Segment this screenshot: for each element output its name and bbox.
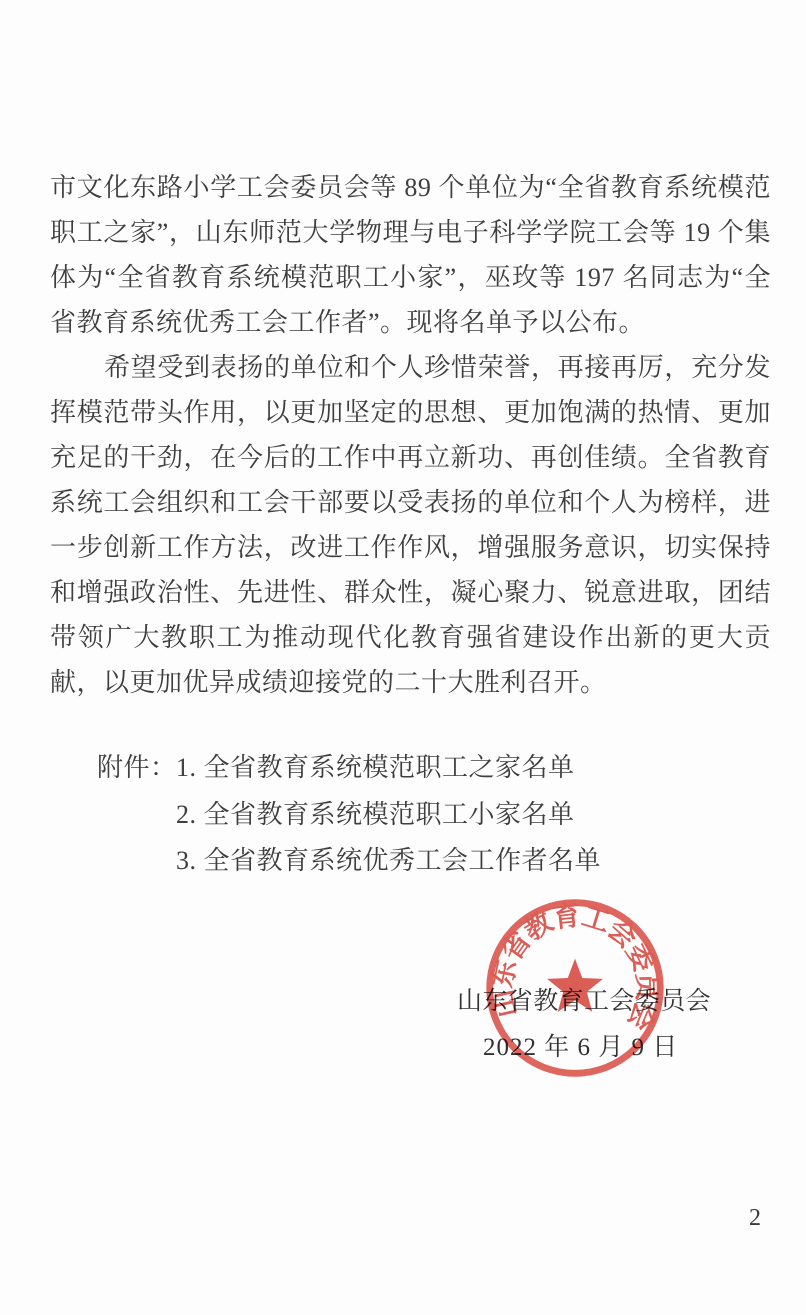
attachment-item-1: 1. 全省教育系统模范职工之家名单 xyxy=(176,753,575,782)
attachment-item: 3. 全省教育系统优秀工会工作者名单 xyxy=(97,838,601,885)
body-text: 市文化东路小学工会委员会等 89 个单位为“全省教育系统模范职工之家”，山东师范… xyxy=(50,165,771,705)
document-page: 市文化东路小学工会委员会等 89 个单位为“全省教育系统模范职工之家”，山东师范… xyxy=(0,0,806,1315)
attachment-item: 附件：1. 全省教育系统模范职工之家名单 xyxy=(97,745,601,792)
signature-date: 2022 年 6 月 9 日 xyxy=(483,1027,678,1063)
attachment-item-2: 2. 全省教育系统模范职工小家名单 xyxy=(176,800,575,829)
paragraph-2: 希望受到表扬的单位和个人珍惜荣誉，再接再厉，充分发挥模范带头作用，以更加坚定的思… xyxy=(50,345,771,705)
attachment-item: 2. 全省教育系统模范职工小家名单 xyxy=(97,792,601,839)
signature-organization: 山东省教育工会委员会 xyxy=(457,981,711,1017)
paragraph-1: 市文化东路小学工会委员会等 89 个单位为“全省教育系统模范职工之家”，山东师范… xyxy=(50,165,771,345)
page-number: 2 xyxy=(749,1205,761,1232)
attachment-item-3: 3. 全省教育系统优秀工会工作者名单 xyxy=(176,846,601,875)
attachments-label: 附件： xyxy=(97,745,176,792)
attachments-list: 附件：1. 全省教育系统模范职工之家名单 2. 全省教育系统模范职工小家名单 3… xyxy=(97,745,601,885)
